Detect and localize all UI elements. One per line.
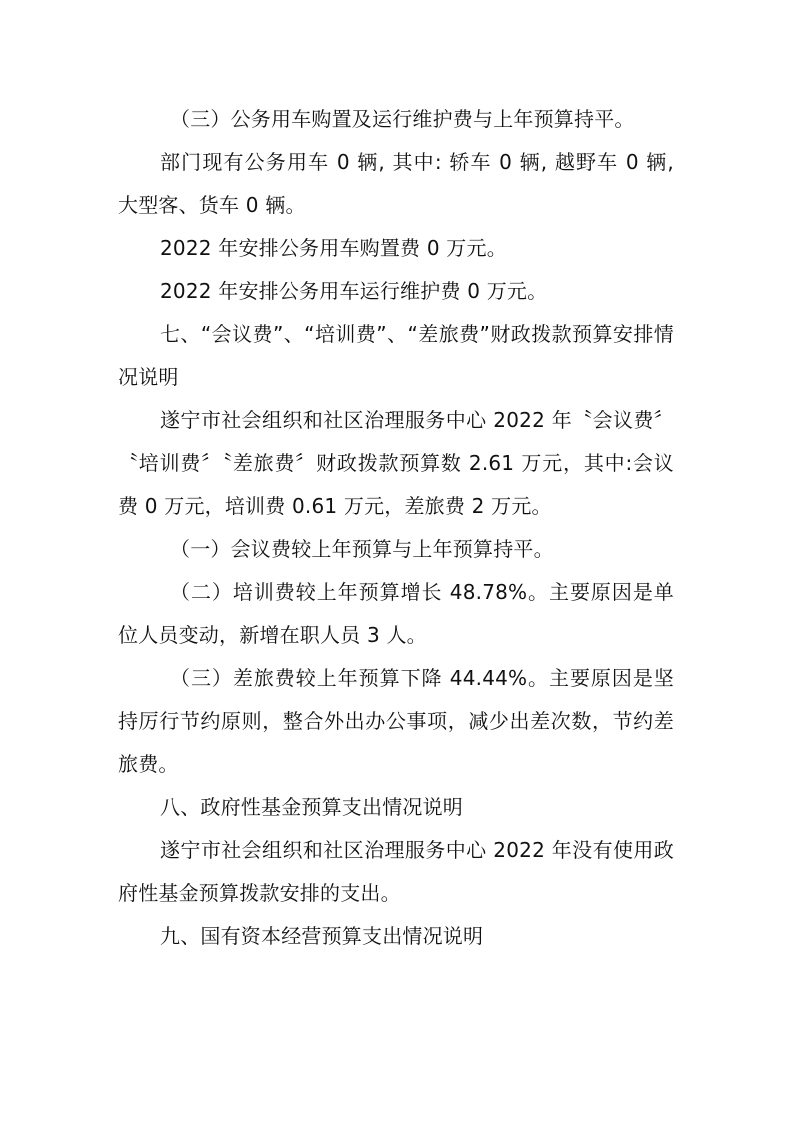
vehicle-cost-subheading: （三）公务用车购置及运行维护费与上年预算持平。 — [118, 98, 674, 141]
document-page: （三）公务用车购置及运行维护费与上年预算持平。 部门现有公务用车 0 辆, 其中… — [118, 98, 674, 958]
meeting-fee-subheading: （一）会议费较上年预算与上年预算持平。 — [118, 528, 674, 571]
travel-fee-subheading: （三）差旅费较上年预算下降 44.44%。主要原因是坚持厉行节约原则，整合外出办… — [118, 657, 674, 786]
meeting-training-travel-paragraph: 遂宁市社会组织和社区治理服务中心 2022 年〝会议费〞〝培训费〞〝差旅费〞财政… — [118, 399, 674, 528]
vehicle-maintenance-paragraph: 2022 年安排公务用车运行维护费 0 万元。 — [118, 270, 674, 313]
section-heading-nine: 九、国有资本经营预算支出情况说明 — [118, 915, 674, 958]
section-heading-eight: 八、政府性基金预算支出情况说明 — [118, 786, 674, 829]
government-fund-paragraph: 遂宁市社会组织和社区治理服务中心 2022 年没有使用政府性基金预算拨款安排的支… — [118, 829, 674, 915]
training-fee-subheading: （二）培训费较上年预算增长 48.78%。主要原因是单位人员变动，新增在职人员 … — [118, 571, 674, 657]
vehicle-count-paragraph: 部门现有公务用车 0 辆, 其中: 轿车 0 辆, 越野车 0 辆, 大型客、货… — [118, 141, 674, 227]
section-heading-seven: 七、“会议费”、“培训费”、“差旅费”财政拨款预算安排情况说明 — [118, 313, 674, 399]
vehicle-purchase-paragraph: 2022 年安排公务用车购置费 0 万元。 — [118, 227, 674, 270]
